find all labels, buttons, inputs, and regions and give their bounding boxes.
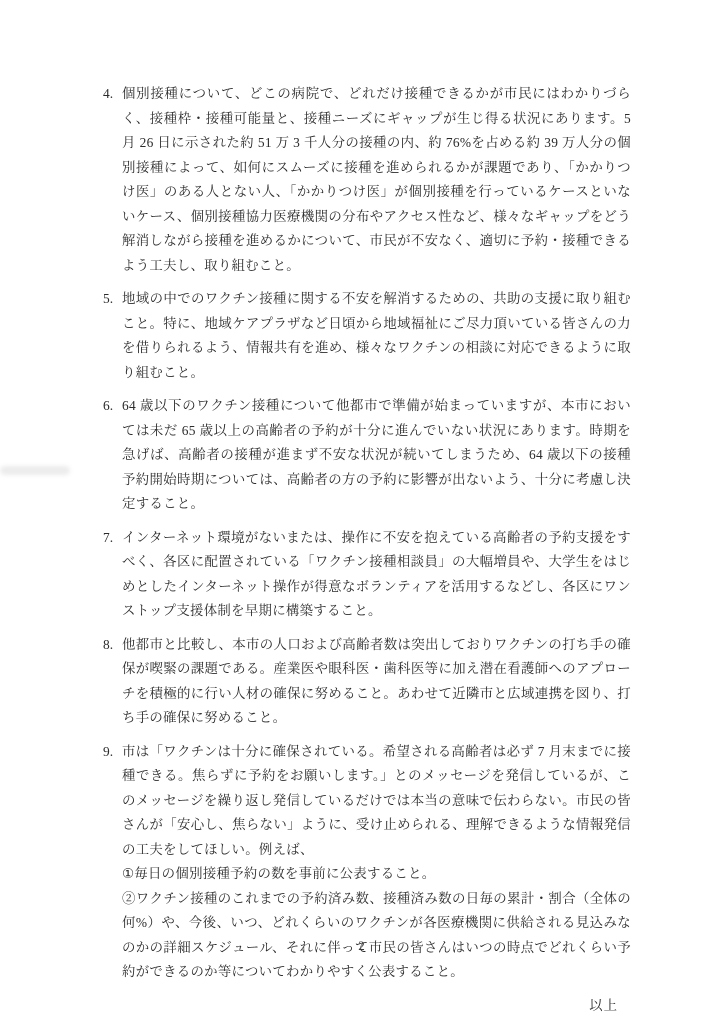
list-item-4: 4. 個別接種について、どこの病院で、どれだけ接種できるかが市民にはわかりづらく… — [103, 82, 631, 278]
list-item-7: 7. インターネット環境がないまたは、操作に不安を抱えている高齢者の予約支援をす… — [103, 526, 631, 624]
list-item-8: 8. 他都市と比較し、本市の人口および高齢者数は突出しておりワクチンの打ち手の確… — [103, 633, 631, 731]
item-number: 8. — [103, 633, 122, 731]
closing-statement: 以上 — [103, 994, 631, 1019]
item-text: 他都市と比較し、本市の人口および高齢者数は突出しておりワクチンの打ち手の確保が喫… — [122, 633, 631, 731]
list-item-6: 6. 64 歳以下のワクチン接種について他都市で準備が始まっていますが、本市にお… — [103, 394, 631, 517]
item-number: 6. — [103, 394, 122, 517]
item-number: 5. — [103, 287, 122, 385]
page-number: 2 — [0, 938, 723, 954]
item-text: 個別接種について、どこの病院で、どれだけ接種できるかが市民にはわかりづらく、接種… — [122, 82, 631, 278]
scan-artifact-smudge — [0, 466, 70, 475]
item-number: 4. — [103, 82, 122, 278]
document-body: 4. 個別接種について、どこの病院で、どれだけ接種できるかが市民にはわかりづらく… — [103, 82, 631, 1018]
item-text: 地域の中でのワクチン接種に関する不安を解消するための、共助の支援に取り組むこと。… — [122, 287, 631, 385]
item-text: インターネット環境がないまたは、操作に不安を抱えている高齢者の予約支援をすべく、… — [122, 526, 631, 624]
item-number: 7. — [103, 526, 122, 624]
document-page: { "colors": { "paper": "#ffffff", "ink":… — [0, 0, 723, 1024]
list-item-5: 5. 地域の中でのワクチン接種に関する不安を解消するための、共助の支援に取り組む… — [103, 287, 631, 385]
item-text: 64 歳以下のワクチン接種について他都市で準備が始まっていますが、本市においては… — [122, 394, 631, 517]
